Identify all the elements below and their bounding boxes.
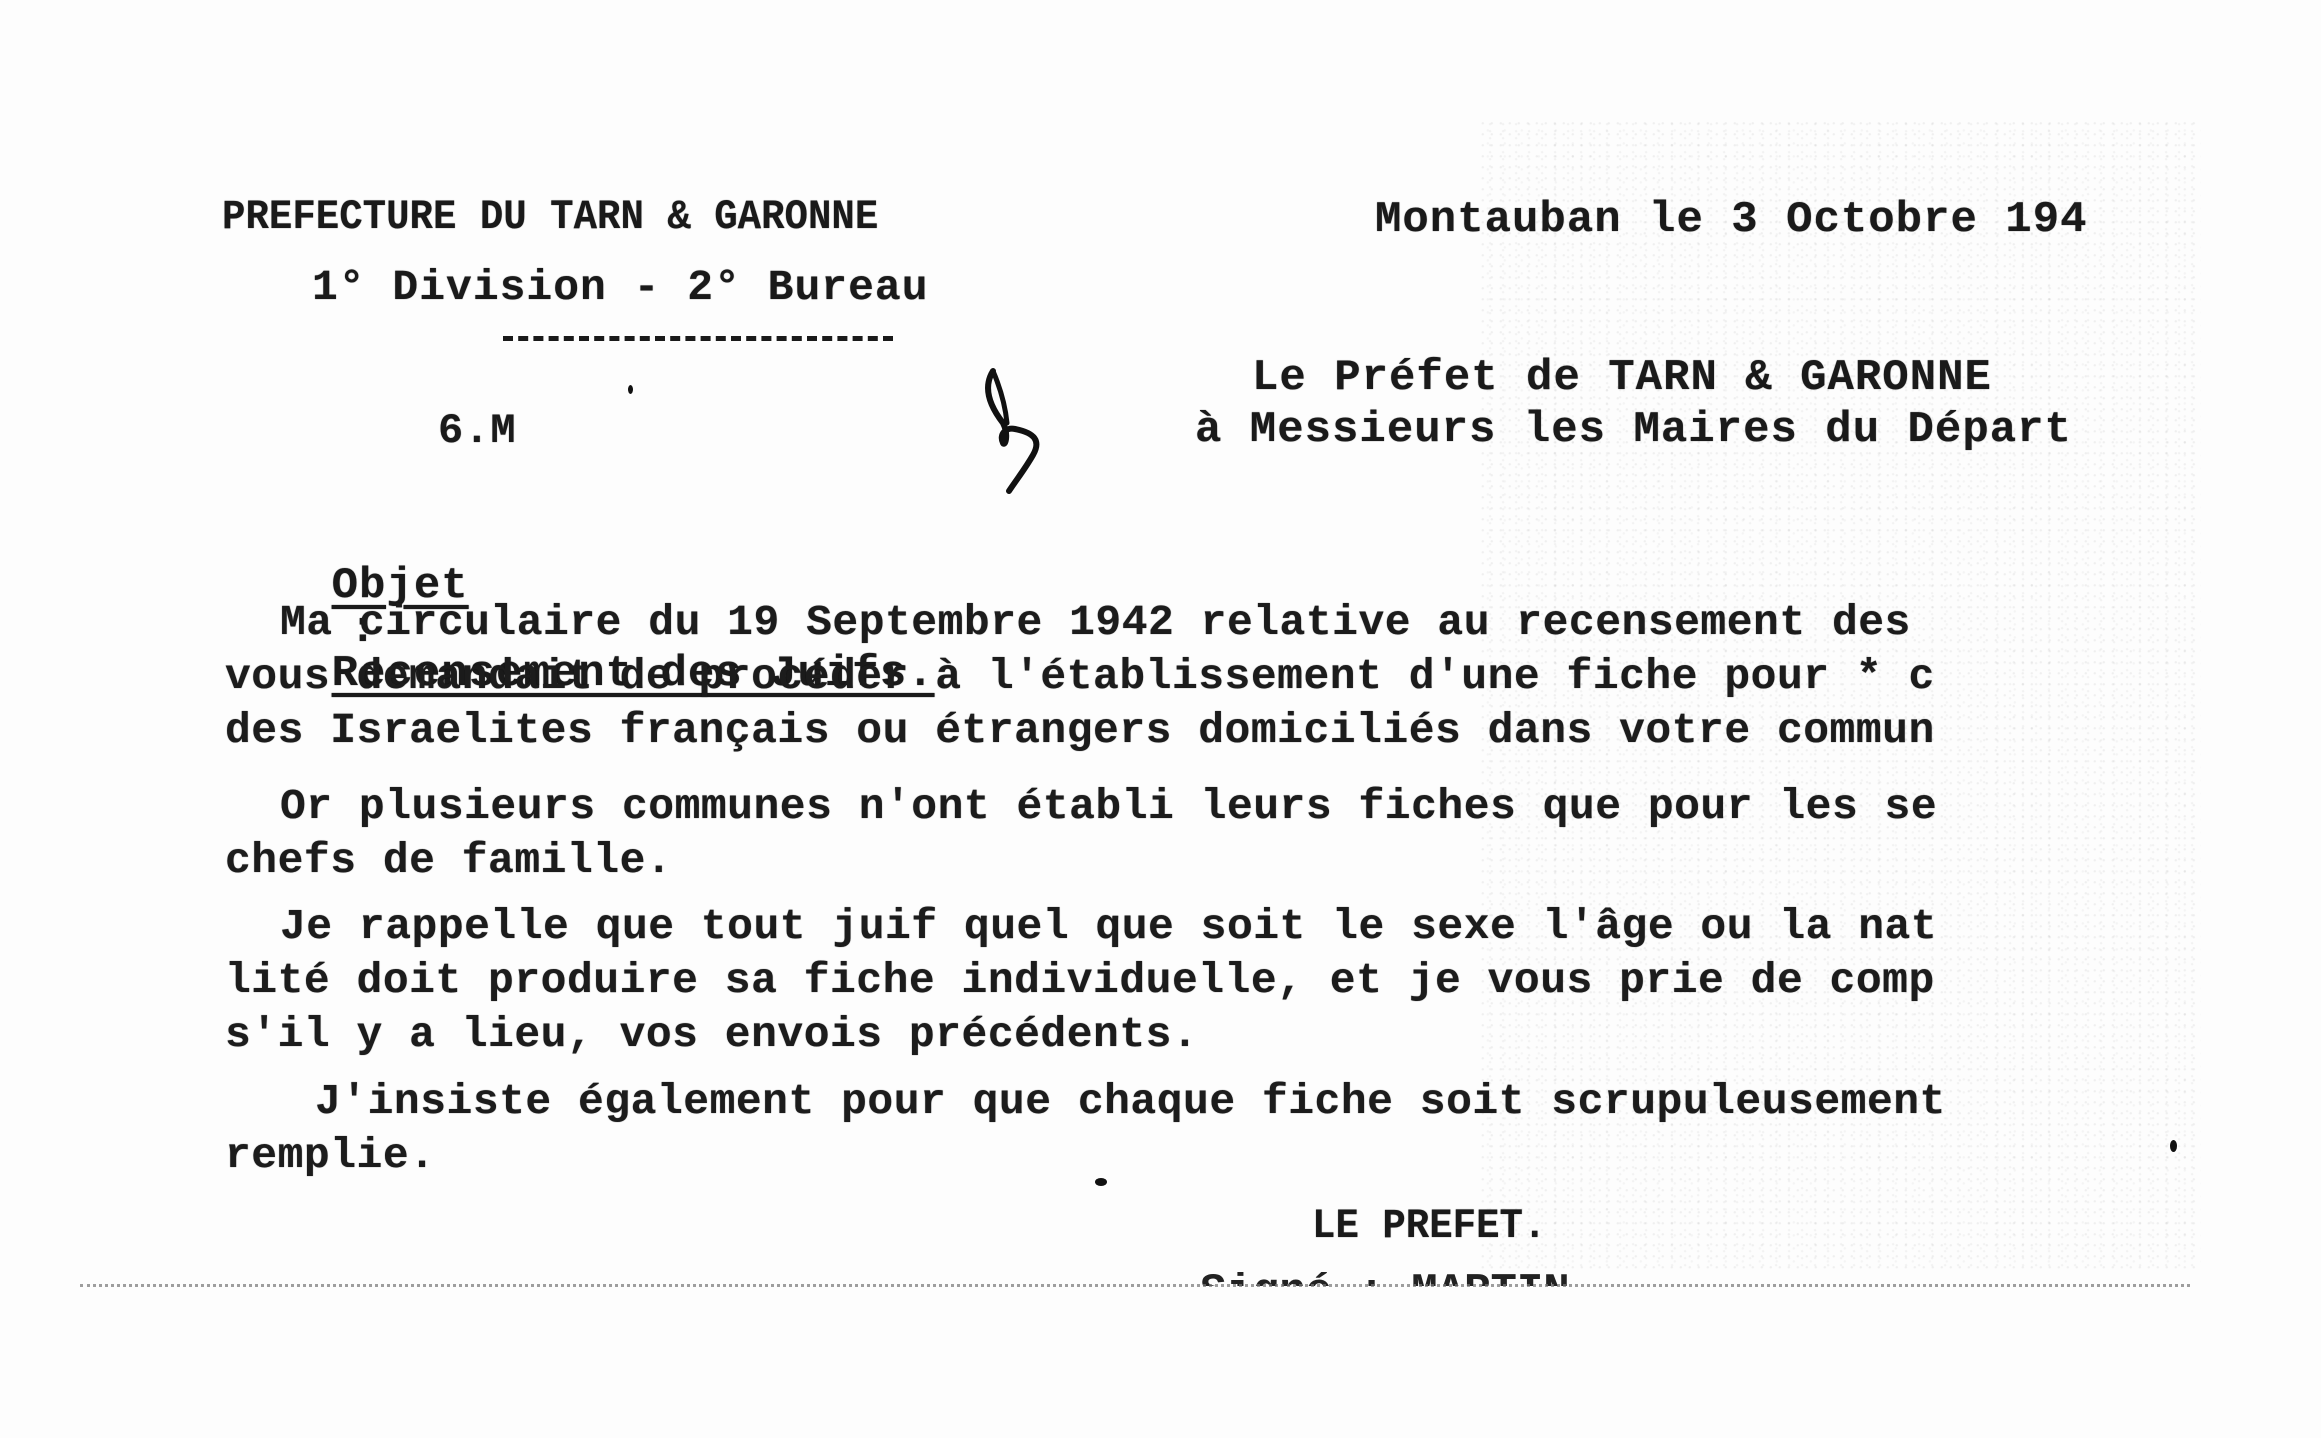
page-bottom-edge <box>80 1284 2190 1287</box>
recipient-line-2: à Messieurs les Maires du Départ <box>1195 408 2185 452</box>
header-divider <box>503 336 893 341</box>
place-date: Montauban le 3 Octobre 194 <box>1375 198 2088 242</box>
paragraph-4: J'insiste également pour que chaque fich… <box>225 1075 2190 1183</box>
ink-speck <box>2170 1140 2177 1152</box>
paragraph-line: lité doit produire sa fiche individuelle… <box>225 954 2190 1008</box>
paragraph-line: Je rappelle que tout juif quel que soit … <box>225 900 2190 954</box>
document-page: PREFECTURE DU TARN & GARONNE 1° Division… <box>0 0 2321 1438</box>
recipient-line-1: Le Préfet de TARN & GARONNE <box>1252 356 1992 400</box>
paragraph-line: s'il y a lieu, vos envois précédents. <box>225 1008 2190 1062</box>
paragraph-2: Or plusieurs communes n'ont établi leurs… <box>225 780 2190 888</box>
reference-code: 6.M <box>438 410 517 452</box>
sender-division: 1° Division - 2° Bureau <box>312 266 929 309</box>
ink-speck <box>1095 1178 1107 1186</box>
paragraph-line: Ma circulaire du 19 Septembre 1942 relat… <box>225 596 2190 650</box>
paragraph-line: J'insiste également pour que chaque fich… <box>225 1075 2190 1129</box>
paragraph-line: vous demandait de procéder à l'établisse… <box>225 650 2190 704</box>
paragraph-line: Or plusieurs communes n'ont établi leurs… <box>225 780 2190 834</box>
paragraph-line: remplie. <box>225 1129 2190 1183</box>
signature-title: LE PREFET. <box>1312 1205 1546 1247</box>
handwritten-initial-icon <box>975 365 1065 495</box>
paragraph-1: Ma circulaire du 19 Septembre 1942 relat… <box>225 596 2190 758</box>
paragraph-3: Je rappelle que tout juif quel que soit … <box>225 900 2190 1062</box>
sender-office: PREFECTURE DU TARN & GARONNE <box>222 196 878 238</box>
paragraph-line: des Israelites français ou étrangers dom… <box>225 704 2190 758</box>
ink-speck <box>628 385 633 394</box>
paragraph-line: chefs de famille. <box>225 834 2190 888</box>
